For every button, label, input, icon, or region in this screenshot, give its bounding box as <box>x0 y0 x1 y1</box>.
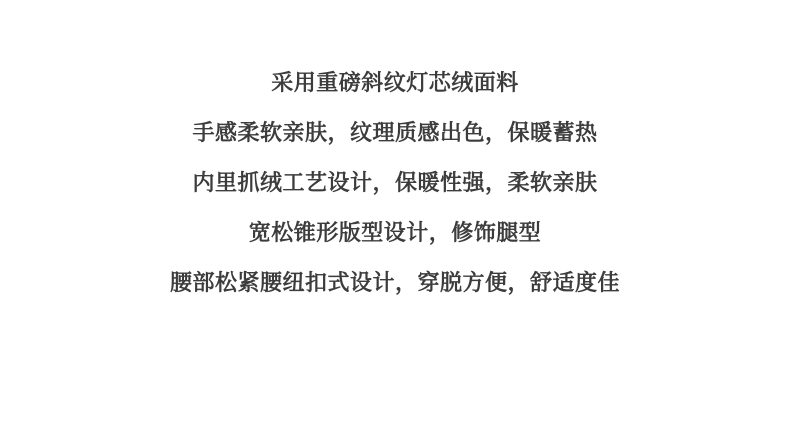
feature-line-waistband: 腰部松紧腰纽扣式设计，穿脱方便，舒适度佳 <box>0 259 790 309</box>
product-feature-text-block: 采用重磅斜纹灯芯绒面料 手感柔软亲肤，纹理质感出色，保暖蓄热 内里抓绒工艺设计，… <box>0 0 790 309</box>
feature-line-texture: 手感柔软亲肤，纹理质感出色，保暖蓄热 <box>0 109 790 159</box>
feature-line-tapered-fit: 宽松锥形版型设计，修饰腿型 <box>0 209 790 259</box>
feature-line-fleece-lining: 内里抓绒工艺设计，保暖性强，柔软亲肤 <box>0 159 790 209</box>
feature-line-fabric: 采用重磅斜纹灯芯绒面料 <box>0 59 790 109</box>
